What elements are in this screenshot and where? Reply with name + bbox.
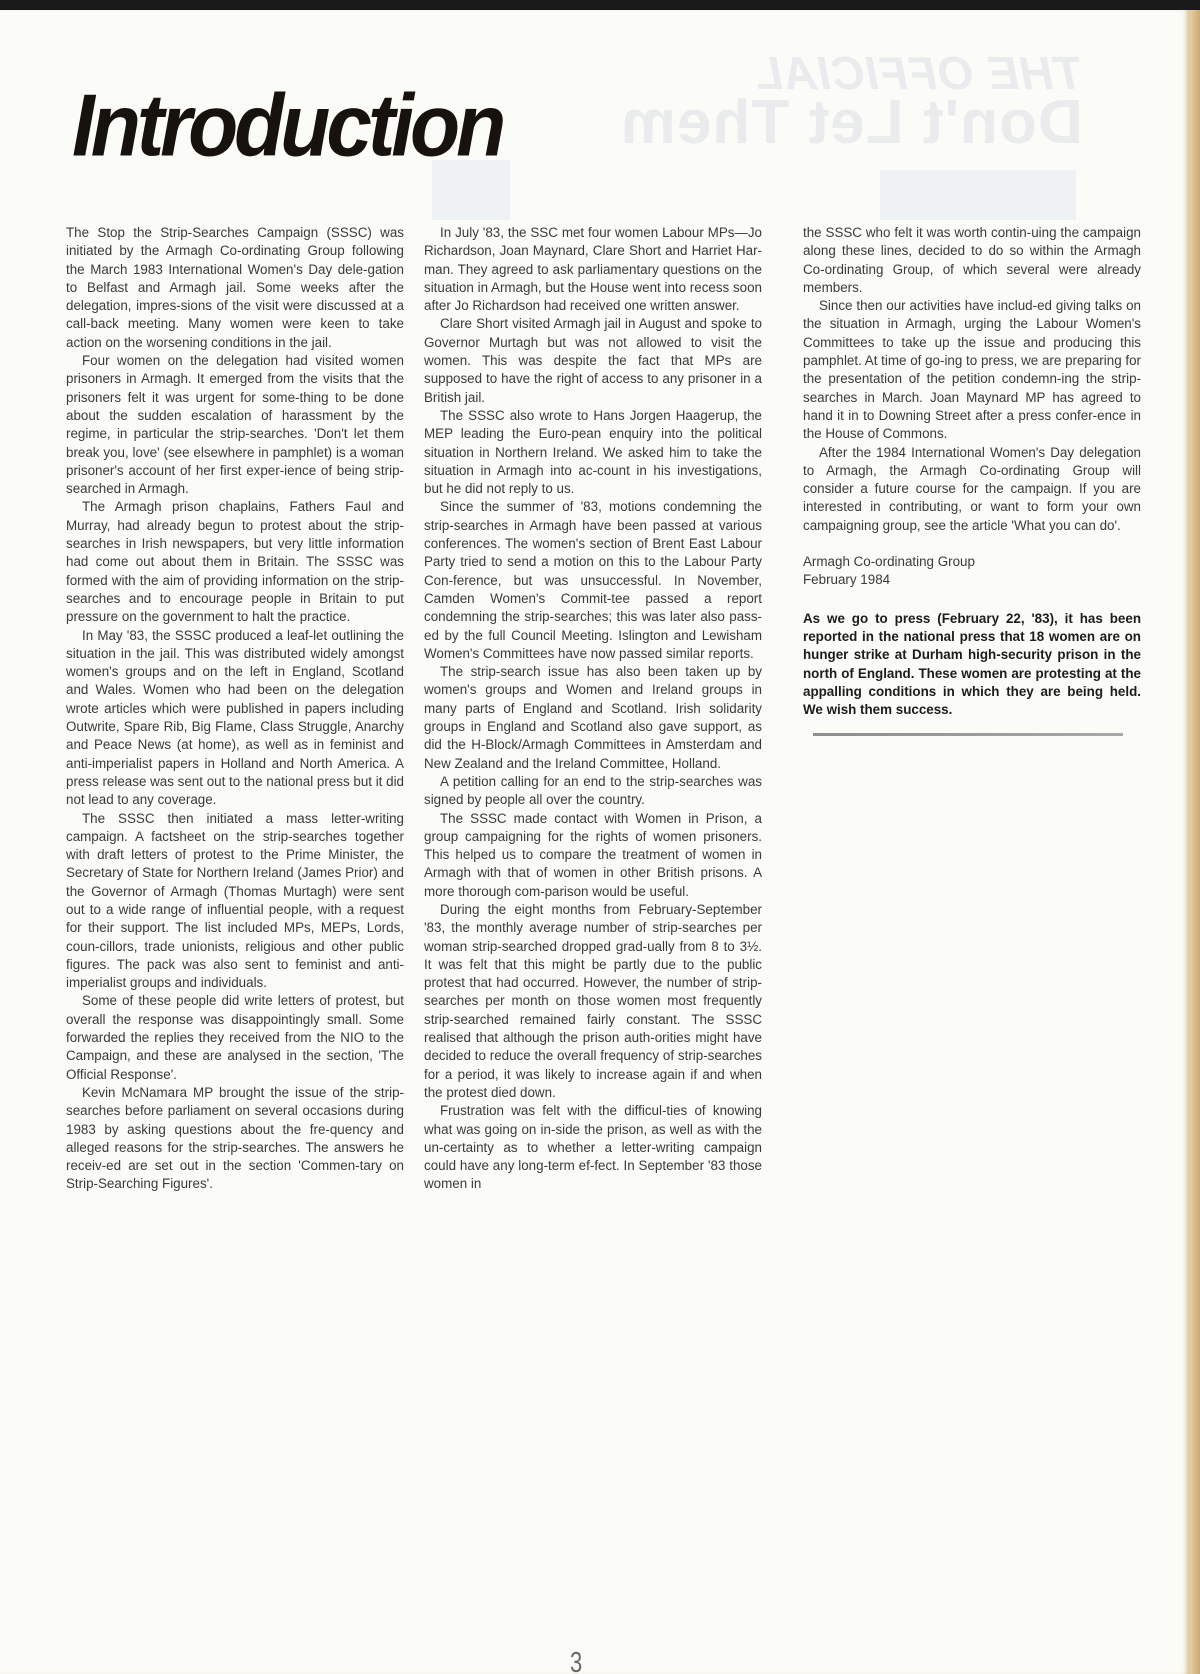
- paragraph: Four women on the delegation had visited…: [66, 352, 404, 498]
- text-column-1: The Stop the Strip-Searches Campaign (SS…: [66, 224, 404, 1194]
- text-column-2: In July '83, the SSC met four women Labo…: [424, 224, 762, 1194]
- paragraph: Since then our activities have includ-ed…: [803, 297, 1141, 443]
- paragraph: Since the summer of '83, motions condemn…: [424, 498, 762, 663]
- paragraph: The SSSC also wrote to Hans Jorgen Haage…: [424, 407, 762, 498]
- page-title: Introduction: [72, 82, 502, 171]
- paragraph: Some of these people did write letters o…: [66, 992, 404, 1083]
- show-through-block: [880, 170, 1076, 220]
- page-edge: [1190, 10, 1200, 1674]
- divider-rule: [813, 733, 1123, 736]
- show-through-heading: THE OFFICIAL Don't Let Them: [620, 48, 1083, 148]
- paragraph: Kevin McNamara MP brought the issue of t…: [66, 1084, 404, 1194]
- signoff: Armagh Co-ordinating Group February 1984: [803, 553, 1141, 590]
- paragraph: A petition calling for an end to the str…: [424, 773, 762, 810]
- text-column-3: the SSSC who felt it was worth contin-ui…: [803, 224, 1141, 736]
- pamphlet-page: THE OFFICIAL Don't Let Them Introduction…: [0, 10, 1190, 1674]
- paragraph: During the eight months from February-Se…: [424, 901, 762, 1102]
- paragraph: The SSSC then initiated a mass letter-wr…: [66, 810, 404, 993]
- paragraph: the SSSC who felt it was worth contin-ui…: [803, 224, 1141, 297]
- paragraph: The Stop the Strip-Searches Campaign (SS…: [66, 224, 404, 352]
- paragraph: After the 1984 International Women's Day…: [803, 444, 1141, 535]
- page-number: 3: [570, 1646, 582, 1674]
- paragraph: Clare Short visited Armagh jail in Augus…: [424, 315, 762, 406]
- signoff-date: February 1984: [803, 572, 890, 587]
- paragraph: The strip-search issue has also been tak…: [424, 663, 762, 773]
- paragraph: In July '83, the SSC met four women Labo…: [424, 224, 762, 315]
- show-through-line: Don't Let Them: [620, 98, 1083, 148]
- paragraph: The Armagh prison chaplains, Fathers Fau…: [66, 498, 404, 626]
- paragraph: In May '83, the SSSC produced a leaf-let…: [66, 627, 404, 810]
- stop-press-note: As we go to press (February 22, '83), it…: [803, 610, 1141, 720]
- paragraph: Frustration was felt with the difficul-t…: [424, 1102, 762, 1193]
- signoff-author: Armagh Co-ordinating Group: [803, 554, 975, 569]
- paragraph: The SSSC made contact with Women in Pris…: [424, 810, 762, 901]
